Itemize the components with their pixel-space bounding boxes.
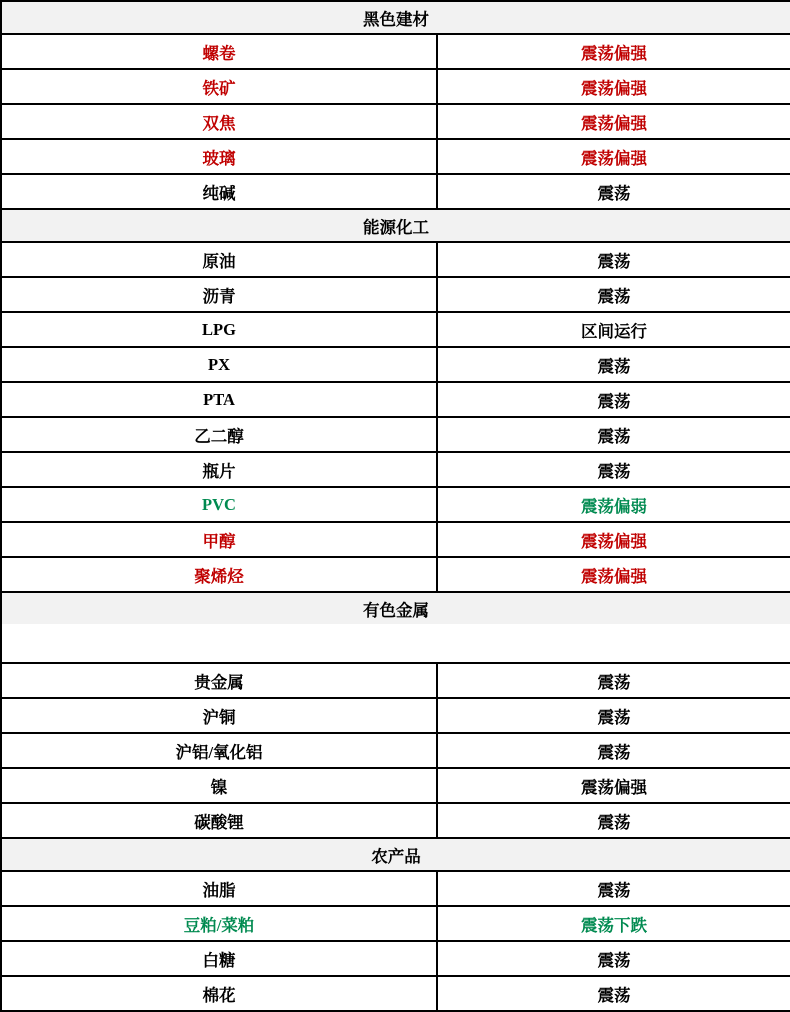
table-row: 铁矿震荡偏强 xyxy=(1,69,790,104)
commodity-cell: 沪铝/氧化铝 xyxy=(1,733,437,768)
outlook-cell: 震荡 xyxy=(437,698,790,733)
table-row: PVC震荡偏弱 xyxy=(1,487,790,522)
commodity-cell: 螺卷 xyxy=(1,34,437,69)
outlook-cell: 震荡偏强 xyxy=(437,104,790,139)
outlook-cell: 震荡 xyxy=(437,174,790,209)
table-row: 纯碱震荡 xyxy=(1,174,790,209)
commodity-cell: 双焦 xyxy=(1,104,437,139)
section-title: 农产品 xyxy=(2,839,790,870)
section-row: 有色金属 xyxy=(1,592,790,663)
commodity-cell: 甲醇 xyxy=(1,522,437,557)
outlook-cell: 震荡 xyxy=(437,347,790,382)
outlook-cell: 震荡偏强 xyxy=(437,34,790,69)
outlook-cell: 震荡偏强 xyxy=(437,522,790,557)
outlook-cell: 震荡 xyxy=(437,871,790,906)
outlook-cell: 震荡 xyxy=(437,242,790,277)
table-row: LPG区间运行 xyxy=(1,312,790,347)
commodity-cell: 贵金属 xyxy=(1,663,437,698)
commodity-cell: 铁矿 xyxy=(1,69,437,104)
table-row: 白糖震荡 xyxy=(1,941,790,976)
table-body: 黑色建材螺卷震荡偏强铁矿震荡偏强双焦震荡偏强玻璃震荡偏强纯碱震荡能源化工原油震荡… xyxy=(1,1,790,1011)
commodity-cell: PVC xyxy=(1,487,437,522)
section-header-cell: 能源化工 xyxy=(1,209,790,242)
commodity-cell: 白糖 xyxy=(1,941,437,976)
outlook-cell: 震荡偏强 xyxy=(437,768,790,803)
table-row: 原油震荡 xyxy=(1,242,790,277)
section-header-cell: 有色金属 xyxy=(1,592,790,663)
commodity-cell: PX xyxy=(1,347,437,382)
commodity-cell: PTA xyxy=(1,382,437,417)
commodity-cell: 原油 xyxy=(1,242,437,277)
outlook-cell: 震荡 xyxy=(437,663,790,698)
section-header-cell: 黑色建材 xyxy=(1,1,790,34)
outlook-cell: 震荡 xyxy=(437,733,790,768)
table-row: PX震荡 xyxy=(1,347,790,382)
outlook-cell: 震荡 xyxy=(437,976,790,1011)
section-row: 农产品 xyxy=(1,838,790,871)
table-row: 沥青震荡 xyxy=(1,277,790,312)
outlook-cell: 震荡 xyxy=(437,382,790,417)
table-row: PTA震荡 xyxy=(1,382,790,417)
commodity-cell: 沥青 xyxy=(1,277,437,312)
commodity-cell: 纯碱 xyxy=(1,174,437,209)
section-empty-space xyxy=(2,624,790,662)
commodity-cell: 碳酸锂 xyxy=(1,803,437,838)
table-row: 双焦震荡偏强 xyxy=(1,104,790,139)
section-title: 能源化工 xyxy=(2,210,790,241)
table-row: 油脂震荡 xyxy=(1,871,790,906)
outlook-cell: 震荡 xyxy=(437,803,790,838)
table-row: 乙二醇震荡 xyxy=(1,417,790,452)
outlook-cell: 震荡下跌 xyxy=(437,906,790,941)
commodity-cell: 镍 xyxy=(1,768,437,803)
outlook-cell: 区间运行 xyxy=(437,312,790,347)
outlook-cell: 震荡 xyxy=(437,417,790,452)
table-row: 棉花震荡 xyxy=(1,976,790,1011)
outlook-cell: 震荡偏弱 xyxy=(437,487,790,522)
section-header-cell: 农产品 xyxy=(1,838,790,871)
section-row: 黑色建材 xyxy=(1,1,790,34)
table-row: 碳酸锂震荡 xyxy=(1,803,790,838)
table-row: 瓶片震荡 xyxy=(1,452,790,487)
outlook-cell: 震荡偏强 xyxy=(437,139,790,174)
table-row: 镍震荡偏强 xyxy=(1,768,790,803)
commodity-cell: 沪铜 xyxy=(1,698,437,733)
table-row: 玻璃震荡偏强 xyxy=(1,139,790,174)
outlook-cell: 震荡偏强 xyxy=(437,69,790,104)
section-row: 能源化工 xyxy=(1,209,790,242)
table-row: 贵金属震荡 xyxy=(1,663,790,698)
commodity-cell: 乙二醇 xyxy=(1,417,437,452)
outlook-cell: 震荡 xyxy=(437,941,790,976)
table-row: 螺卷震荡偏强 xyxy=(1,34,790,69)
commodity-cell: 玻璃 xyxy=(1,139,437,174)
commodity-cell: 豆粕/菜粕 xyxy=(1,906,437,941)
commodity-cell: 聚烯烃 xyxy=(1,557,437,592)
table-row: 沪铜震荡 xyxy=(1,698,790,733)
section-title: 有色金属 xyxy=(2,593,790,624)
commodity-cell: LPG xyxy=(1,312,437,347)
commodity-outlook-table: 黑色建材螺卷震荡偏强铁矿震荡偏强双焦震荡偏强玻璃震荡偏强纯碱震荡能源化工原油震荡… xyxy=(0,0,790,1012)
table-row: 豆粕/菜粕震荡下跌 xyxy=(1,906,790,941)
commodity-cell: 瓶片 xyxy=(1,452,437,487)
commodity-cell: 棉花 xyxy=(1,976,437,1011)
section-title: 黑色建材 xyxy=(2,2,790,33)
commodity-cell: 油脂 xyxy=(1,871,437,906)
table-row: 沪铝/氧化铝震荡 xyxy=(1,733,790,768)
table-row: 聚烯烃震荡偏强 xyxy=(1,557,790,592)
outlook-cell: 震荡偏强 xyxy=(437,557,790,592)
outlook-cell: 震荡 xyxy=(437,277,790,312)
table-row: 甲醇震荡偏强 xyxy=(1,522,790,557)
outlook-cell: 震荡 xyxy=(437,452,790,487)
